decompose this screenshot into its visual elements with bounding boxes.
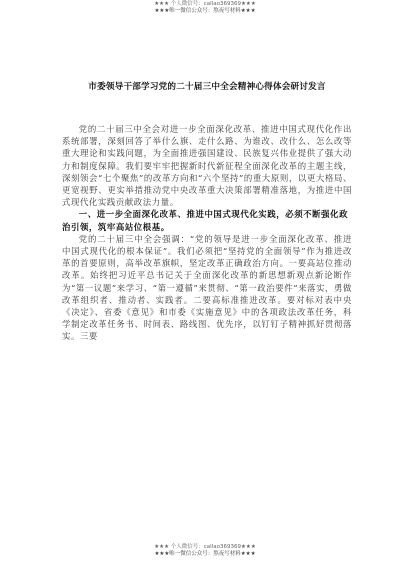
document-title: 市委领导干部学习党的二十届三中全会精神心得体会研讨发言 xyxy=(62,80,352,94)
header-watermark-line1: ★★★ 个人微信号：callao369369★★★ xyxy=(0,1,410,8)
section-1-paragraph: 党的二十届三中全会强调：“党的领导是进一步全面深化改革、推进中国式现代化的根本保… xyxy=(62,233,352,343)
footer-watermark: ★★★ 个人微信号：callao369369★★★ ★★★唯一微信公众号：熬夜写… xyxy=(0,544,410,558)
section-heading-1: 一、进一步全面深化改革、推进中国式现代化实践，必须不断强化政治引领，筑牢高站位根… xyxy=(62,208,352,232)
footer-watermark-line1: ★★★ 个人微信号：callao369369★★★ xyxy=(0,544,410,551)
footer-watermark-line2: ★★★唯一微信公众号：熬夜写材料★★★ xyxy=(0,551,410,558)
header-watermark-line2: ★★★唯一微信公众号：熬夜写材料★★★ xyxy=(0,8,410,15)
document-page: 市委领导干部学习党的二十届三中全会精神心得体会研讨发言 党的二十届三中全会对进一… xyxy=(62,80,352,343)
header-watermark: ★★★ 个人微信号：callao369369★★★ ★★★唯一微信公众号：熬夜写… xyxy=(0,1,410,15)
intro-paragraph: 党的二十届三中全会对进一步全面深化改革、推进中国式现代化作出系统部署，深刻回答了… xyxy=(62,123,352,208)
